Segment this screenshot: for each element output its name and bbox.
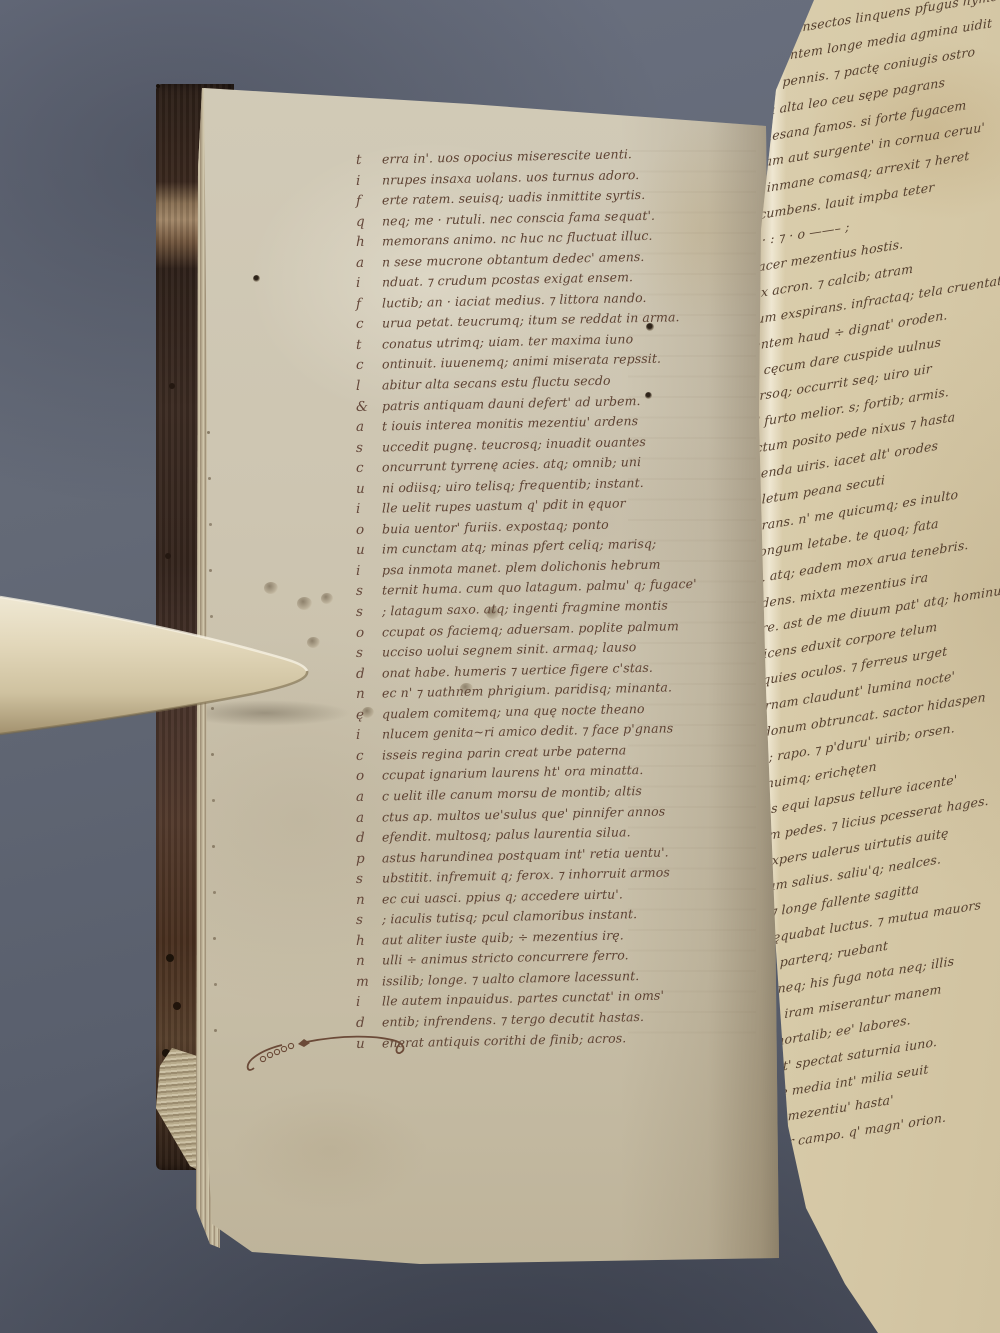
line-initial: c (356, 745, 382, 766)
line-initial: s (356, 437, 382, 458)
spine-wormholes (156, 84, 160, 88)
quire-flourish (246, 1016, 416, 1076)
line-initial: a (356, 417, 382, 438)
line-initial: a (356, 786, 382, 807)
line-initial: d (356, 663, 382, 684)
line-initial: i (356, 992, 382, 1013)
line-initial: f (356, 293, 382, 314)
line-initial: h (356, 232, 382, 253)
line-initial: f (356, 191, 382, 212)
line-initial: a (356, 807, 382, 828)
bone-folder-tool (0, 580, 330, 760)
line-initial: n (356, 951, 382, 972)
manuscript-photo: t erra in'. uos opocius miserescite uent… (0, 0, 1000, 1333)
line-initial: & (356, 396, 382, 417)
line-initial: i (356, 499, 382, 520)
left-text-block: t erra in'. uos opocius miserescite uent… (356, 144, 666, 1055)
line-initial: s (356, 910, 382, 931)
line-initial: p (356, 848, 382, 869)
line-initial: n (356, 684, 382, 705)
line-initial: o (356, 519, 382, 540)
line-initial: s (356, 869, 382, 890)
line-initial: s (356, 601, 382, 622)
line-initial: o (356, 622, 382, 643)
line-initial: t (356, 334, 382, 355)
line-initial: c (356, 355, 382, 376)
line-initial: s (356, 643, 382, 664)
line-initial: i (356, 560, 382, 581)
line-initial: n (356, 889, 382, 910)
line-initial: c (356, 314, 382, 335)
line-initial: i (356, 273, 382, 294)
line-initial: d (356, 828, 382, 849)
line-initial: u (356, 478, 382, 499)
line-initial: i (356, 725, 382, 746)
wormhole (253, 275, 260, 282)
line-initial: u (356, 540, 382, 561)
line-initial: s (356, 581, 382, 602)
line-initial: m (356, 971, 382, 992)
line-initial: ę (356, 704, 382, 725)
line-initial: l (356, 375, 382, 396)
line-initial: i (356, 170, 382, 191)
line-initial: t (356, 149, 382, 170)
line-initial: c (356, 458, 382, 479)
line-initial: q (356, 211, 382, 232)
line-initial: h (356, 930, 382, 951)
pricking-holes (207, 431, 210, 434)
line-initial: o (356, 766, 382, 787)
line-initial: a (356, 252, 382, 273)
